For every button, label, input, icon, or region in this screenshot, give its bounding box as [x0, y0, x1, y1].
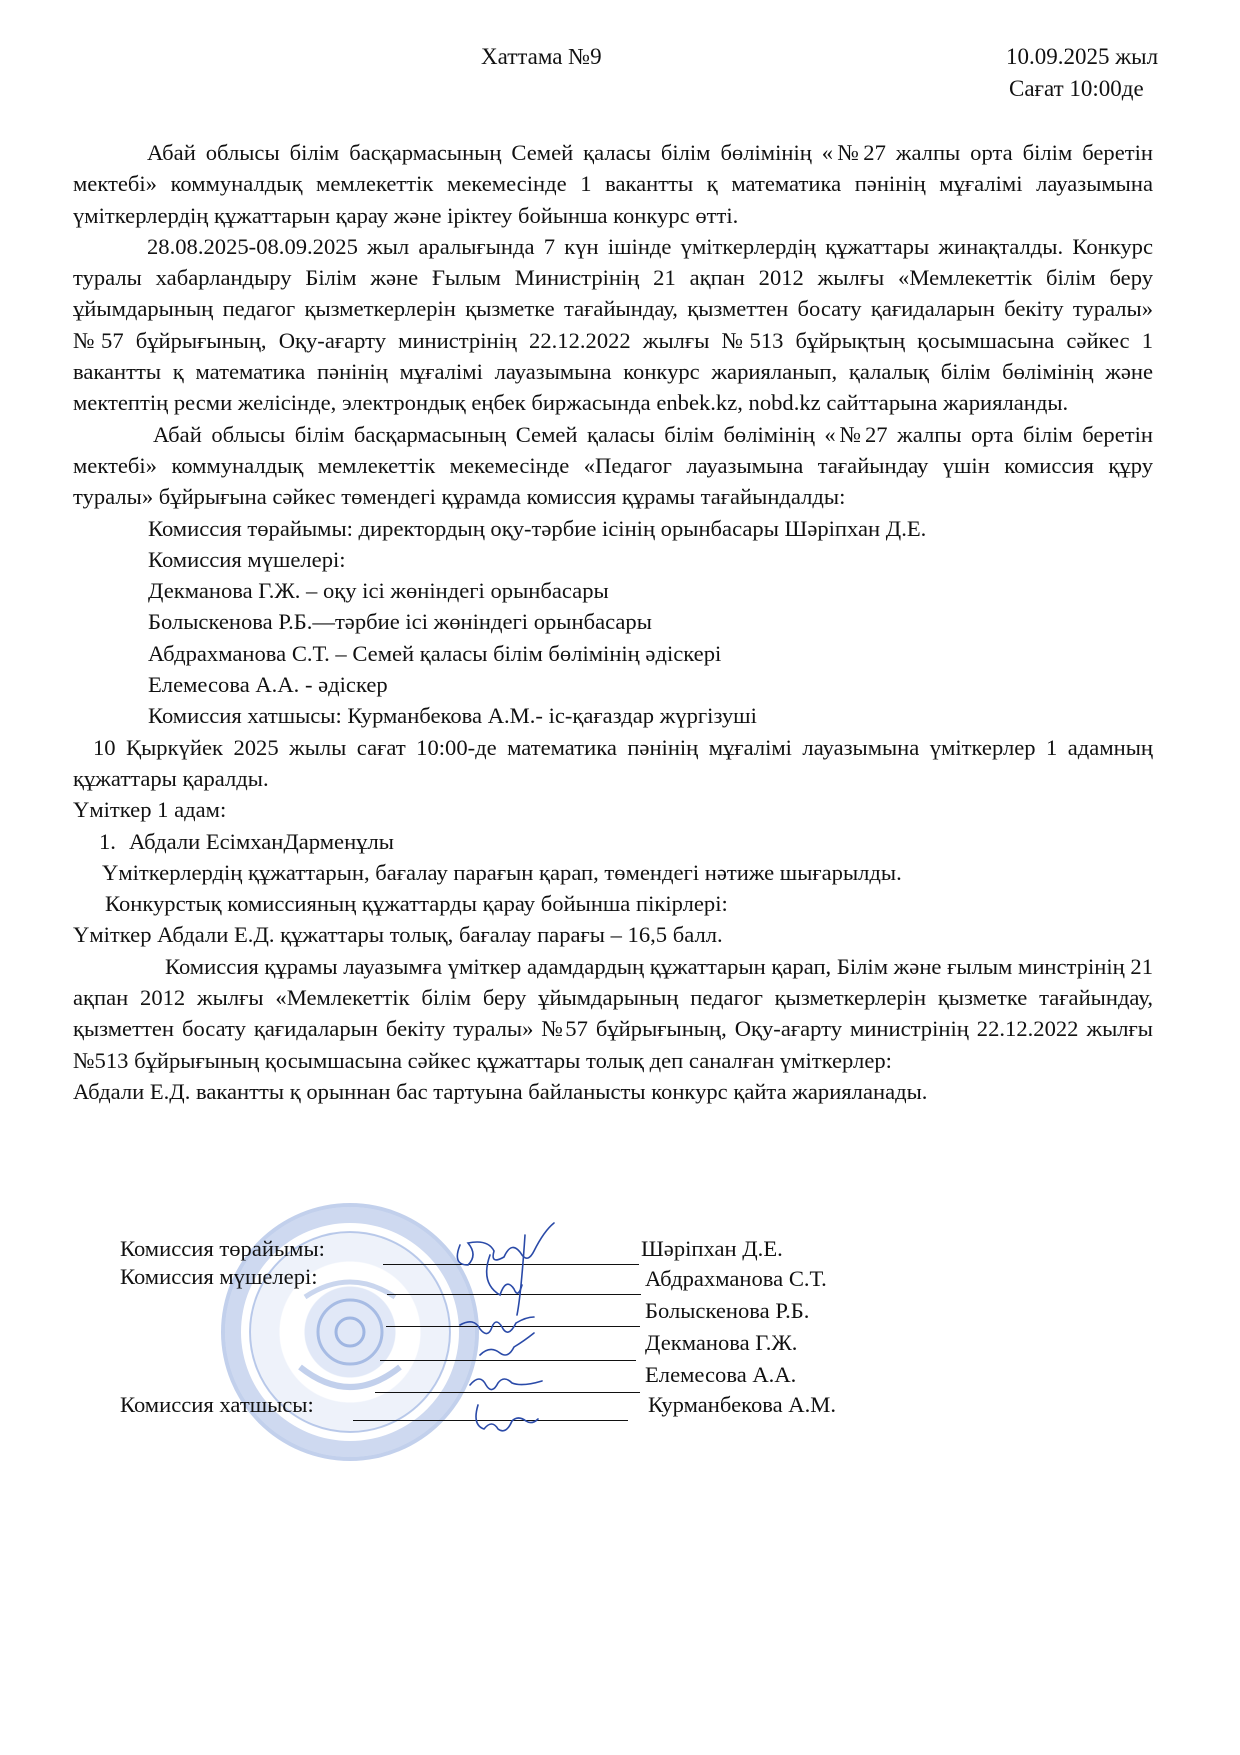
protocol-time: Сағат 10:00де: [1009, 76, 1144, 102]
commission-members-heading: Комиссия мүшелері:: [73, 544, 1153, 575]
chair-name: Шәріпхан Д.Е.: [641, 1236, 783, 1262]
paragraph-collection-period: 28.08.2025-08.09.2025 жыл аралығында 7 к…: [73, 231, 1153, 419]
commission-member-line: Елемесова А.А. - әдіскер: [73, 669, 1153, 700]
secretary-name: Курманбекова А.М.: [648, 1392, 836, 1418]
chair-label: Комиссия төрайымы:: [120, 1236, 325, 1262]
candidate-item: 1.Абдали ЕсімханДарменұлы: [73, 826, 1153, 857]
member-name: Болыскенова Р.Б.: [645, 1298, 809, 1324]
commission-chair-line: Комиссия төрайымы: директордың оқу-тәрби…: [73, 513, 1153, 544]
paragraph-review-date: 10 Қыркүйек 2025 жылы сағат 10:00-де мат…: [73, 732, 1153, 795]
protocol-body: Абай облысы білім басқармасының Семей қа…: [73, 137, 1153, 1107]
protocol-date: 10.09.2025 жыл: [1006, 44, 1158, 70]
commission-member-line: Абдрахманова С.Т. – Семей қаласы білім б…: [73, 638, 1153, 669]
paragraph-result: Үміткерлердің құжаттарын, бағалау парағы…: [73, 857, 1153, 888]
commission-member-line: Болыскенова Р.Б.—тәрбие ісі жөніндегі ор…: [73, 606, 1153, 637]
member-name: Елемесова А.А.: [645, 1362, 796, 1388]
paragraph-commission-order: Абай облысы білім басқармасының Семей қа…: [73, 419, 1153, 513]
protocol-title: Хаттама №9: [481, 44, 602, 70]
candidate-number: 1.: [99, 826, 129, 857]
member-name: Абдрахманова С.Т.: [645, 1266, 827, 1292]
members-label: Комиссия мүшелері:: [120, 1264, 318, 1290]
commission-member-line: Декманова Г.Ж. – оқу ісі жөніндегі орынб…: [73, 575, 1153, 606]
paragraph-re-announcement: Абдали Е.Д. вакантты қ орыннан бас тарту…: [73, 1076, 1153, 1107]
secretary-label: Комиссия хатшысы:: [120, 1392, 314, 1418]
handwritten-signatures-icon: [440, 1215, 580, 1445]
paragraph-candidate-score: Үміткер Абдали Е.Д. құжаттары толық, бағ…: [73, 919, 1153, 950]
commission-secretary-line: Комиссия хатшысы: Курманбекова А.М.- іс-…: [73, 700, 1153, 731]
candidate-name: Абдали ЕсімханДарменұлы: [129, 829, 394, 854]
document-page: Хаттама №9 10.09.2025 жыл Сағат 10:00де …: [0, 0, 1240, 1755]
candidates-heading: Үміткер 1 адам:: [73, 794, 1153, 825]
paragraph-intro: Абай облысы білім басқармасының Семей қа…: [73, 137, 1153, 231]
member-name: Декманова Г.Ж.: [645, 1330, 797, 1356]
paragraph-opinions: Конкурстық комиссияның құжаттарды қарау …: [73, 888, 1153, 919]
paragraph-conclusion: Комиссия құрамы лауазымға үміткер адамда…: [73, 951, 1153, 1076]
